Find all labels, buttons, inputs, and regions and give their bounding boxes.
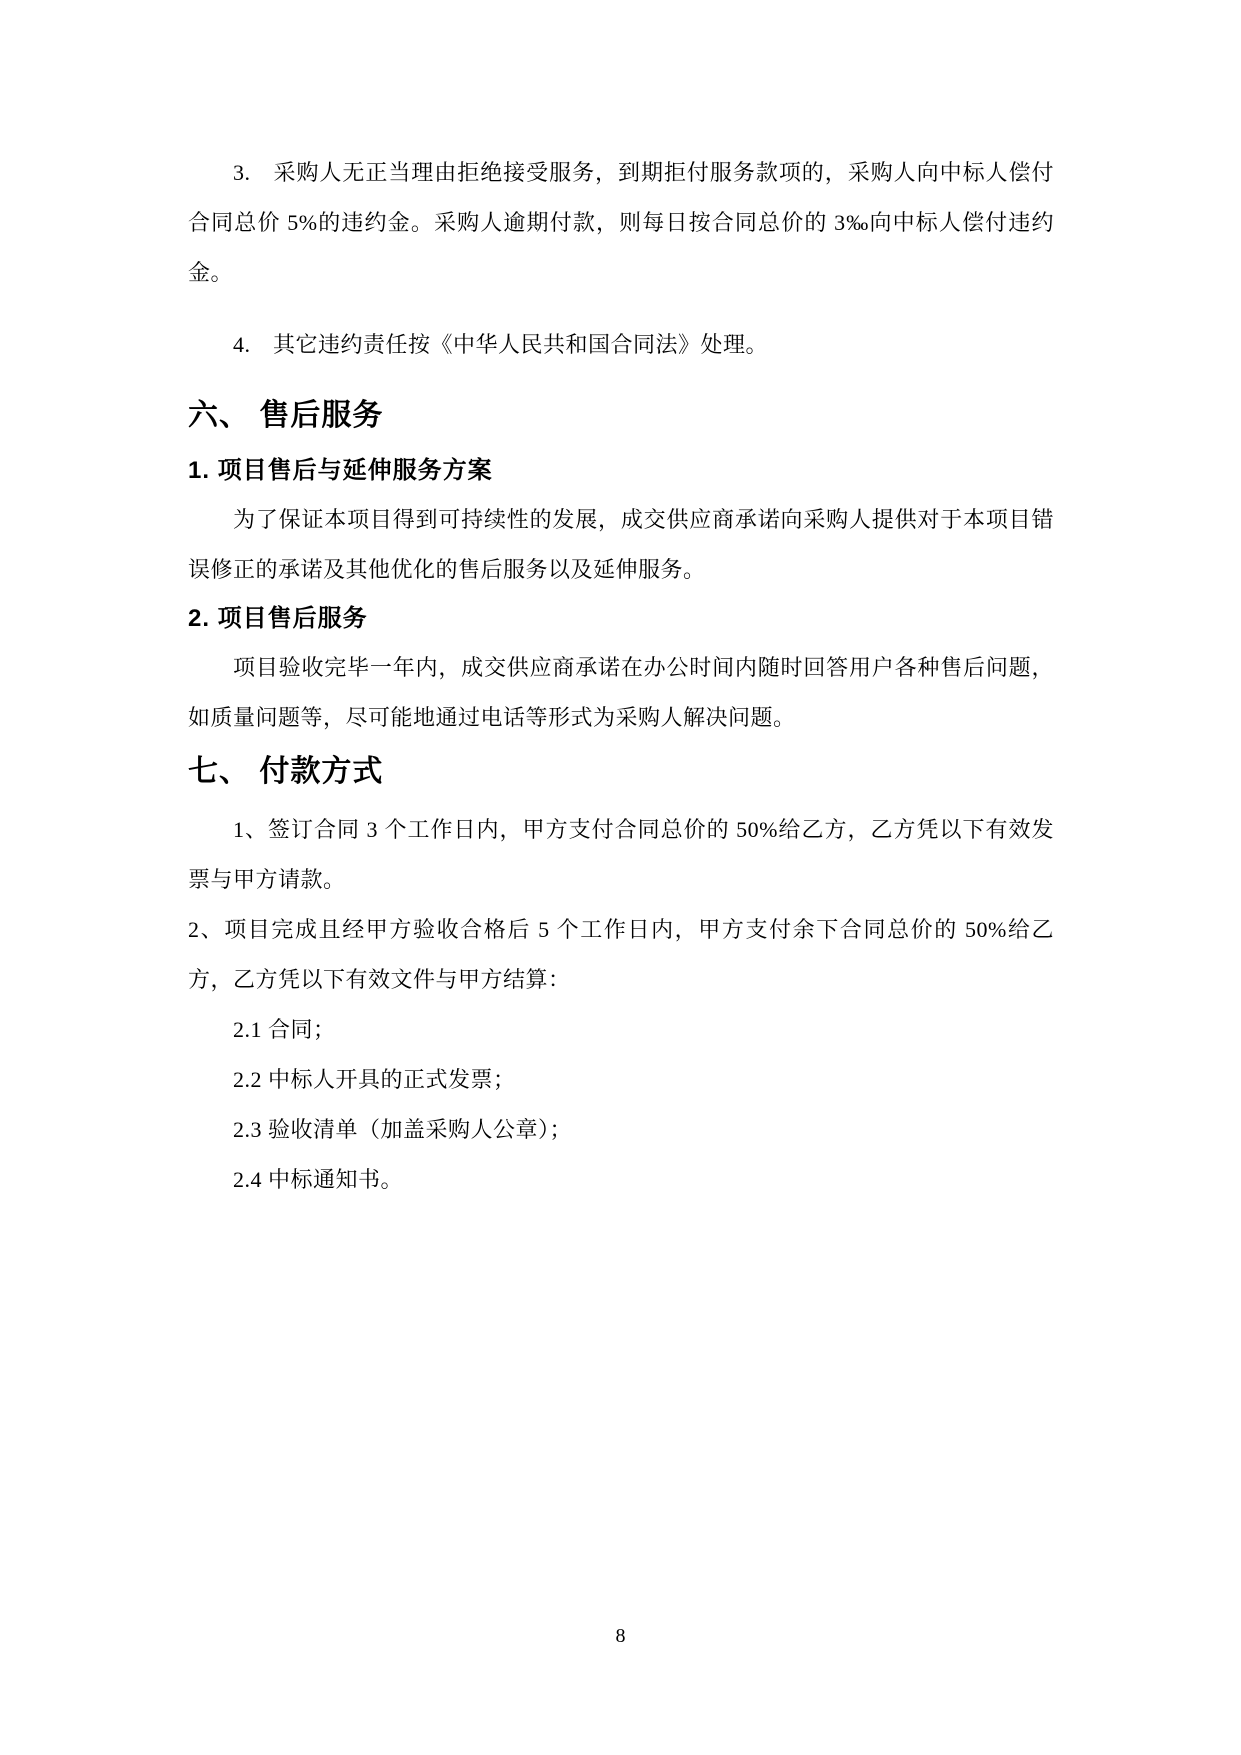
list-item: 2.3 验收清单（加盖采购人公章）； <box>188 1105 1054 1155</box>
paragraph: 为了保证本项目得到可持续性的发展，成交供应商承诺向采购人提供对于本项目错误修正的… <box>188 495 1054 595</box>
numbered-clause: 3. 采购人无正当理由拒绝接受服务，到期拒付服务款项的，采购人向中标人偿付合同总… <box>188 148 1054 298</box>
sub-heading: 1. 项目售后与延伸服务方案 <box>188 451 1054 491</box>
list-item: 2.1 合同； <box>188 1005 1054 1055</box>
numbered-clause: 4. 其它违约责任按《中华人民共和国合同法》处理。 <box>188 320 1054 370</box>
document-content: 3. 采购人无正当理由拒绝接受服务，到期拒付服务款项的，采购人向中标人偿付合同总… <box>188 0 1054 1205</box>
page-number: 8 <box>0 1624 1241 1648</box>
sub-heading: 2. 项目售后服务 <box>188 599 1054 639</box>
paragraph: 2、项目完成且经甲方验收合格后 5 个工作日内，甲方支付余下合同总价的 50%给… <box>188 905 1054 1005</box>
section-heading: 六、 售后服务 <box>188 394 1054 438</box>
list-item: 2.2 中标人开具的正式发票； <box>188 1055 1054 1105</box>
paragraph: 1、签订合同 3 个工作日内，甲方支付合同总价的 50%给乙方，乙方凭以下有效发… <box>188 805 1054 905</box>
paragraph: 项目验收完毕一年内，成交供应商承诺在办公时间内随时回答用户各种售后问题，如质量问… <box>188 643 1054 743</box>
list-item: 2.4 中标通知书。 <box>188 1155 1054 1205</box>
document-page: 3. 采购人无正当理由拒绝接受服务，到期拒付服务款项的，采购人向中标人偿付合同总… <box>0 0 1241 1755</box>
section-heading: 七、 付款方式 <box>188 750 1054 794</box>
